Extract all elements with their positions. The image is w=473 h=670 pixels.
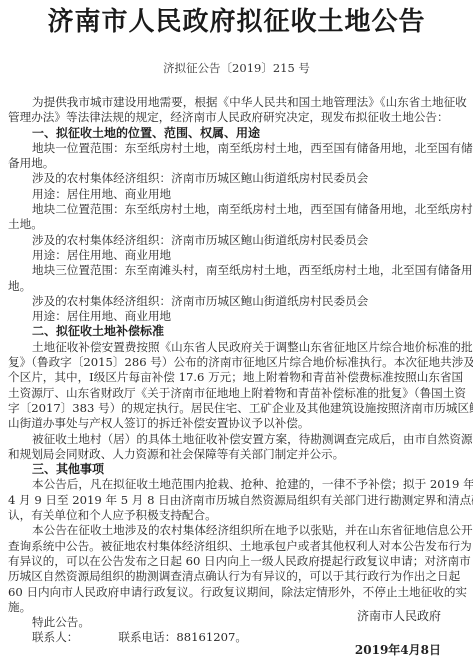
paragraph-line: 认，有关单位和个人应予积极支持配合。 xyxy=(8,508,468,523)
paragraph-line: 为提供我市城市建设用地需要，根据《中华人民共和国土地管理法》《山东省土地征收 xyxy=(8,95,468,110)
paragraph-line: 地。 xyxy=(8,279,468,294)
paragraph-line: 地块一位置范围：东至纸房村土地，南至纸房村土地，西至国有储备用地，北至国有储 xyxy=(8,141,468,156)
paragraph-line: 土资源厅、山东省财政厅《关于济南市征地地上附着物和青苗补偿标准的批复》（鲁国土资 xyxy=(8,386,468,401)
paragraph-line: 查询系统中公告。被征地农村集体经济组织、土地承包户或者其他权利人对本公告发布行为 xyxy=(8,539,468,554)
document-number: 济拟征公告〔2019〕215 号 xyxy=(0,61,473,75)
section-heading-1: 一、拟征收土地的位置、范围、权属、用途 xyxy=(8,126,468,141)
notice-body: 为提供我市城市建设用地需要，根据《中华人民共和国土地管理法》《山东省土地征收 管… xyxy=(8,95,468,646)
paragraph-line: 本公告后，凡在拟征收土地范围内抢栽、抢种、抢建的，一律不予补偿；拟于 2019 … xyxy=(8,477,468,492)
section-heading-2: 二、拟征收土地补偿标准 xyxy=(8,324,468,339)
paragraph-line: 4 月 9 日至 2019 年 5 月 8 日由济南市历城自然资源局组织有关部门… xyxy=(8,493,468,508)
paragraph-line: 复》（鲁政字〔2015〕286 号）公布的济南市征地区片综合地价标准执行。本次征… xyxy=(8,355,468,370)
paragraph-line: 地块三位置范围：东至南滩头村，南至纸房村土地，西至纸房村土地，北至国有储备用 xyxy=(8,263,468,278)
signature-date: 2019年4月8日 xyxy=(355,641,441,658)
paragraph-line: 和规划局会同财政、人力资源和社会保障等有关部门制定并公示。 xyxy=(8,447,468,462)
paragraph-line: 有异议的，可以在公告发布之日起 60 日内向上一级人民政府提起行政复议申请；对济… xyxy=(8,554,468,569)
paragraph-line: 用途：居住用地、商业用地 xyxy=(8,187,468,202)
section-heading-3: 三、其他事项 xyxy=(8,462,468,477)
paragraph-line: 管理办法》等法律法规的规定，经济南市人民政府研究决定，现发布拟征收土地公告： xyxy=(8,110,468,125)
paragraph-line: 60 日内向市人民政府申请行政复议。行政复议期间，除法定情形外，不停止土地征收的… xyxy=(8,585,468,600)
contact-person-label: 联系人： xyxy=(32,630,78,644)
paragraph-line: 备用地。 xyxy=(8,156,468,171)
contact-phone: 联系电话：88161207。 xyxy=(118,630,247,644)
paragraph-line: 字〔2017〕383 号）的规定执行。居民住宅、工矿企业及其他建筑设施按照济南市… xyxy=(8,401,468,416)
paragraph-line: 用途：居住用地、商业用地 xyxy=(8,248,468,263)
paragraph-line: 土地。 xyxy=(8,217,468,232)
paragraph-line: 涉及的农村集体经济组织：济南市历城区鲍山街道纸房村民委员会 xyxy=(8,233,468,248)
paragraph-line: 个区片，其中，Ⅰ级区片每亩补偿 17.6 万元；地上附着物和青苗补偿费标准按照山… xyxy=(8,370,468,385)
paragraph-line: 历城区自然资源局组织的勘测调查清点确认行为有异议的，可以于其行政行为作出之日起 xyxy=(8,569,468,584)
paragraph-line: 本公告在征收土地涉及的农村集体经济组织所在地予以张贴，并在山东省征地信息公开 xyxy=(8,523,468,538)
signature-organization: 济南市人民政府 xyxy=(357,607,441,624)
paragraph-line: 土地征收补偿安置费按照《山东省人民政府关于调整山东省征地区片综合地价标准的批 xyxy=(8,340,468,355)
paragraph-line: 地块二位置范围：东至纸房村土地，南至纸房村土地，西至国有储备用地，北至纸房村 xyxy=(8,202,468,217)
paragraph-line: 涉及的农村集体经济组织：济南市历城区鲍山街道纸房村民委员会 xyxy=(8,171,468,186)
paragraph-line: 涉及的农村集体经济组织：济南市历城区鲍山街道纸房村民委员会 xyxy=(8,294,468,309)
paragraph-line: 山街道办事处与产权人签订的拆迁补偿安置协议予以补偿。 xyxy=(8,416,468,431)
paragraph-line: 用途：居住用地、商业用地 xyxy=(8,309,468,324)
notice-title: 济南市人民政府拟征收土地公告 xyxy=(0,6,473,38)
paragraph-line: 被征收土地村（居）的具体土地征收补偿安置方案，待勘测调查完成后，由市自然资源 xyxy=(8,432,468,447)
